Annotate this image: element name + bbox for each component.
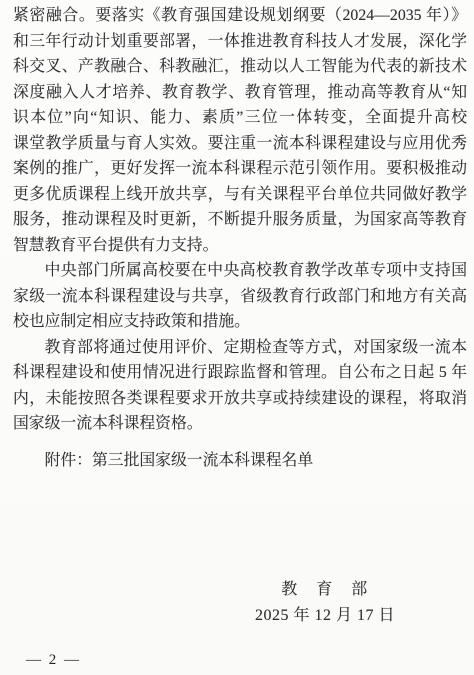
body-line: 服务，推动课程及时更新，不断提升服务质量，为国家高等教育 <box>13 207 467 233</box>
body-line: 更多优质课程上线开放共享，与有关课程平台单位共同做好教学 <box>13 182 467 208</box>
body-line: 识本位”向“知识、能力、素质”三位一体转变，全面提升高校 <box>13 105 467 131</box>
body-line: 和三年行动计划重要部署，一体推进教育科技人才发展，深化学 <box>13 29 467 55</box>
signature-issuer: 教 育 部 <box>250 577 400 603</box>
body-line: 紧密融合。要落实《教育强国建设规划纲要（2024—2035 年）》 <box>13 3 467 29</box>
body-line: 内，未能按照各类课程要求开放共享或持续建设的课程，将取消 <box>13 386 467 412</box>
page-number: — 2 — <box>26 650 81 670</box>
attachment-line: 附件：第三批国家级一流本科课程名单 <box>13 448 467 474</box>
body-line: 国家级一流本科课程资格。 <box>13 411 467 437</box>
body-line: 教育部将通过使用评价、定期检查等方式，对国家级一流本 <box>13 335 467 361</box>
body-line: 智慧教育平台提供有力支持。 <box>13 233 467 259</box>
body-line: 深度融入人才培养、教育教学、教育管理，推动高等教育从“知 <box>13 80 467 106</box>
body-line: 校也应制定相应支持政策和措施。 <box>13 309 467 335</box>
body-line: 科交叉、产教融合、科教融汇，推动以人工智能为代表的新技术 <box>13 54 467 80</box>
body-line: 课堂教学质量与育人实效。要注重一流本科课程建设与应用优秀 <box>13 131 467 157</box>
document-page: 紧密融合。要落实《教育强国建设规划纲要（2024—2035 年）》 和三年行动计… <box>0 0 474 675</box>
body-line: 案例的推广，更好发挥一流本科课程示范引领作用。要积极推动 <box>13 156 467 182</box>
body-line: 家级一流本科课程建设与共享，省级教育行政部门和地方有关高 <box>13 284 467 310</box>
signature-date: 2025 年 12 月 17 日 <box>250 603 400 629</box>
signature-block: 教 育 部 2025 年 12 月 17 日 <box>250 577 400 629</box>
body-line: 科课程建设和使用情况进行跟踪监督和管理。自公布之日起 5 年 <box>13 360 467 386</box>
body-line: 中央部门所属高校要在中央高校教育教学改革专项中支持国 <box>13 258 467 284</box>
body-text: 紧密融合。要落实《教育强国建设规划纲要（2024—2035 年）》 和三年行动计… <box>13 3 467 473</box>
